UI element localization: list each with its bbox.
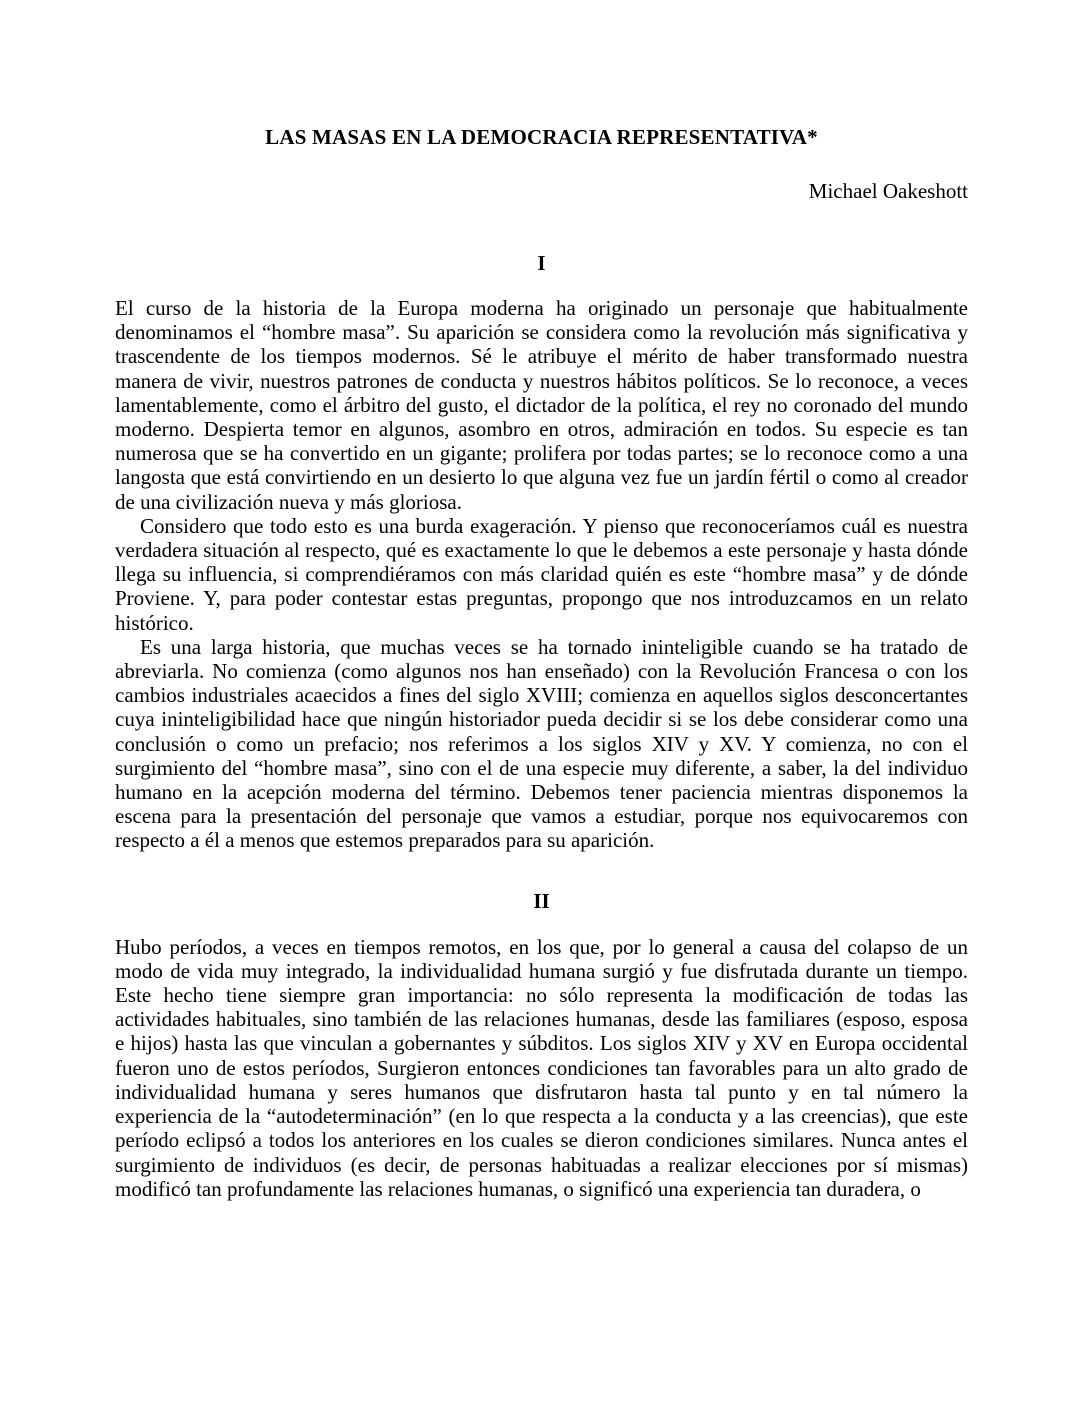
paragraph: Es una larga historia, que muchas veces … bbox=[115, 635, 968, 853]
paragraph: El curso de la historia de la Europa mod… bbox=[115, 296, 968, 514]
section-1-body: El curso de la historia de la Europa mod… bbox=[115, 296, 968, 853]
document-page: LAS MASAS EN LA DEMOCRACIA REPRESENTATIV… bbox=[0, 0, 1088, 1408]
section-2-body: Hubo períodos, a veces en tiempos remoto… bbox=[115, 935, 968, 1201]
section-heading-1: I bbox=[115, 251, 968, 275]
author-byline: Michael Oakeshott bbox=[115, 179, 968, 203]
section-heading-2: II bbox=[115, 889, 968, 913]
document-title: LAS MASAS EN LA DEMOCRACIA REPRESENTATIV… bbox=[115, 125, 968, 149]
paragraph: Hubo períodos, a veces en tiempos remoto… bbox=[115, 935, 968, 1201]
paragraph: Considero que todo esto es una burda exa… bbox=[115, 514, 968, 635]
